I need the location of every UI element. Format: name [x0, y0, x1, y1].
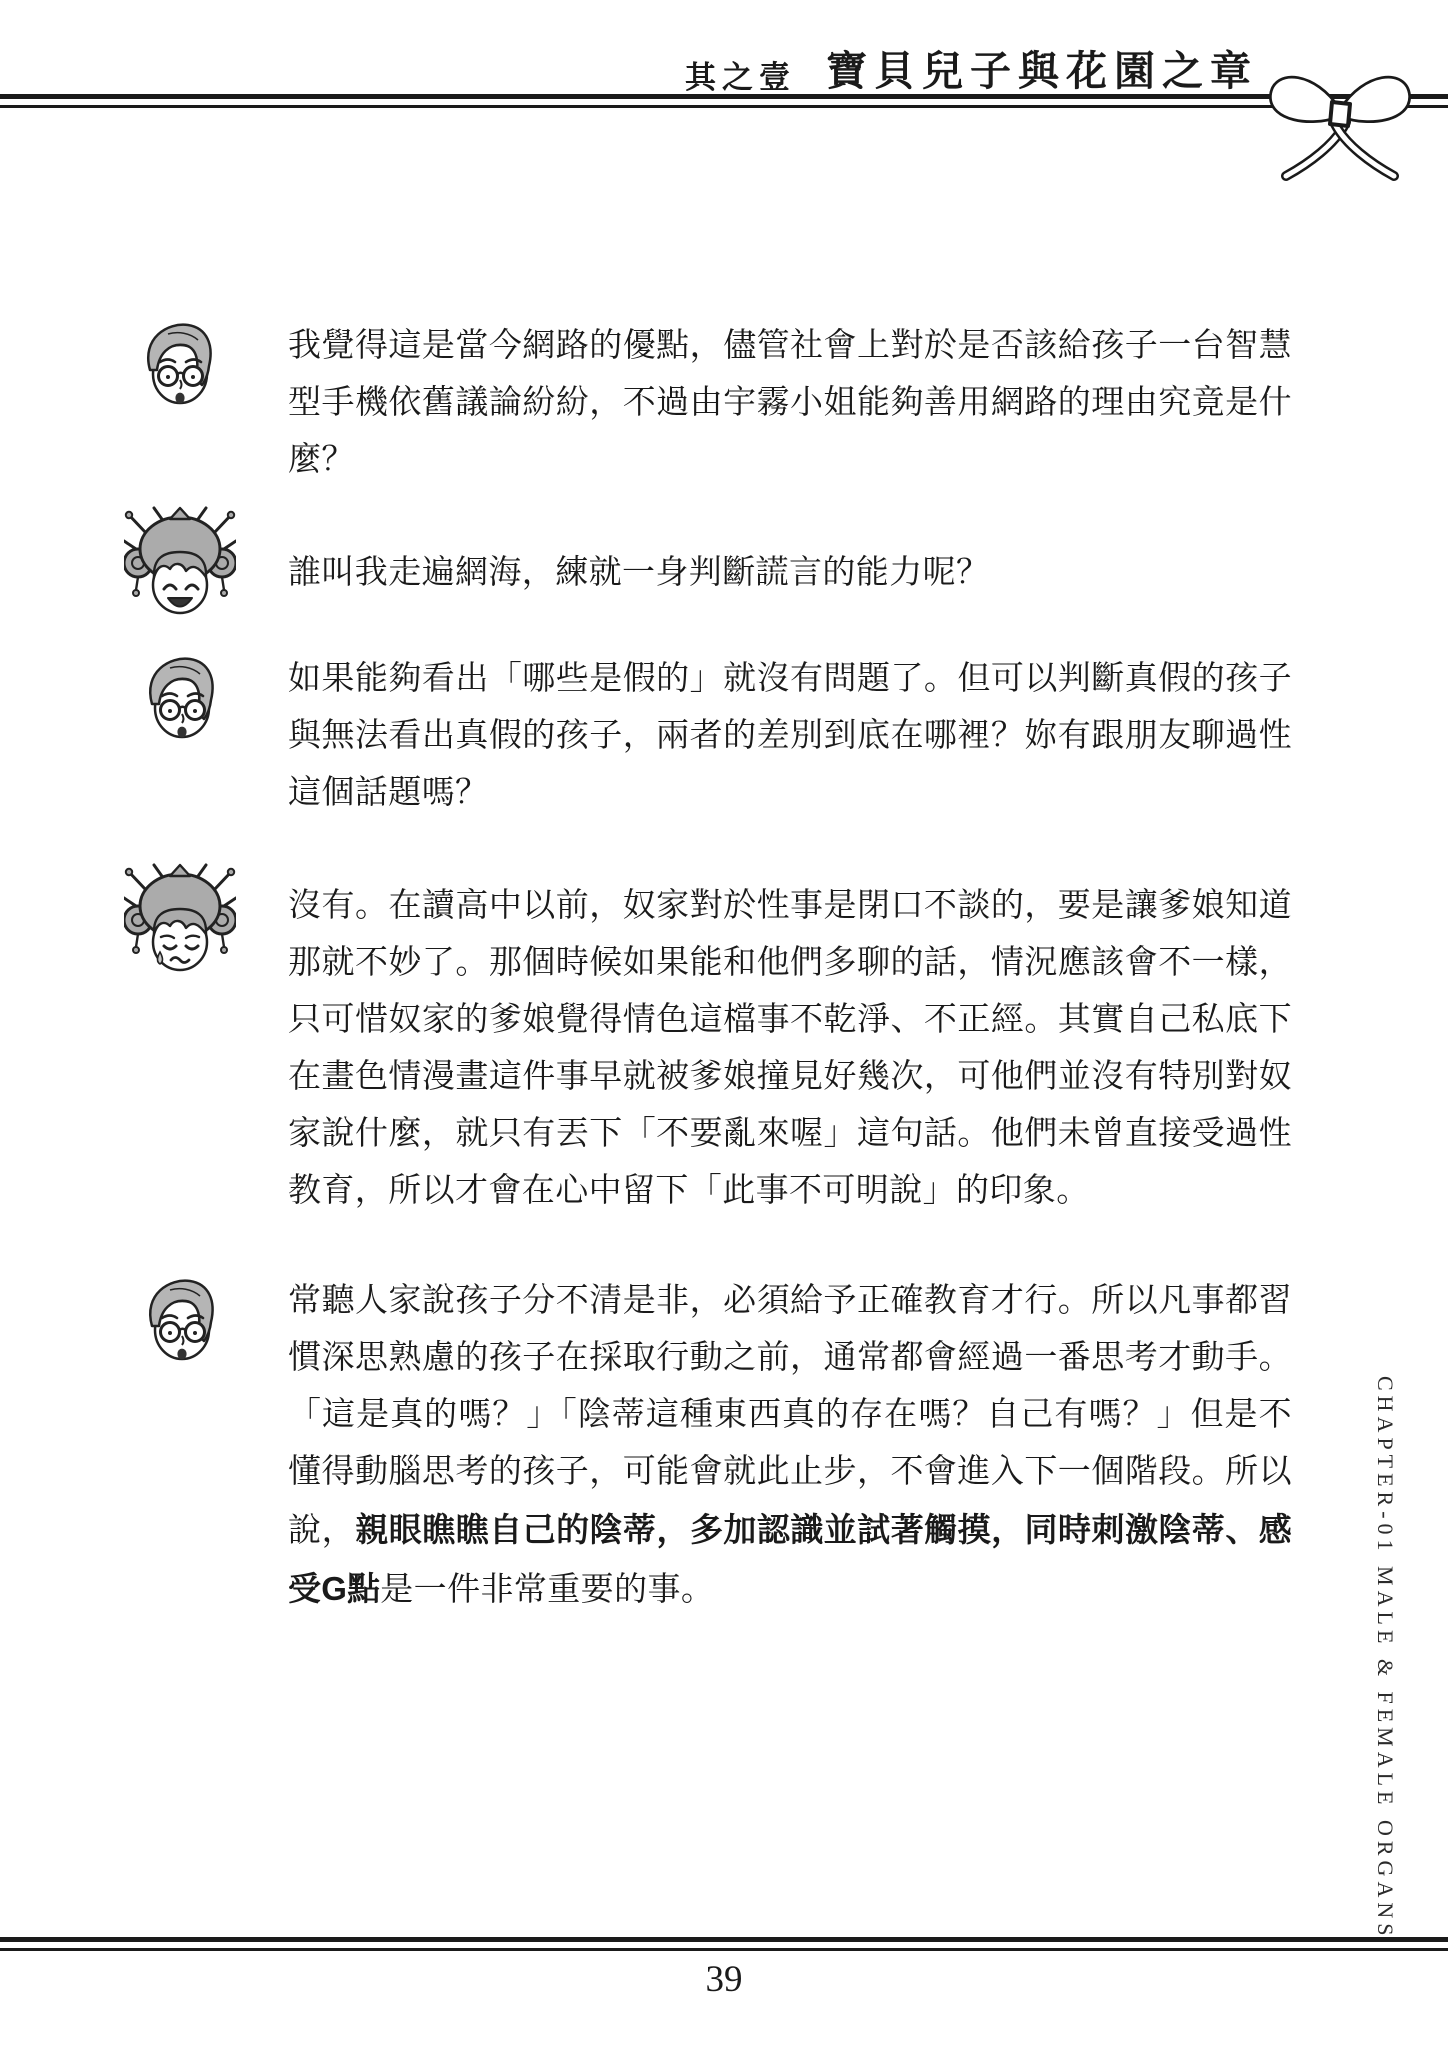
header-double-rule	[0, 94, 1448, 108]
speech-text: 是一件非常重要的事。	[380, 1572, 714, 1608]
page-number: 39	[0, 1958, 1448, 2001]
ribbon-bow-icon	[1248, 42, 1434, 192]
speech-paragraph: 常聽人家說孩子分不清是非，必須給予正確教育才行。所以凡事都習慣深思熟慮的孩子在採…	[288, 1273, 1292, 1619]
speech-paragraph: 誰叫我走遍網海，練就一身判斷謊言的能力呢？	[288, 545, 1292, 602]
woman-avatar	[124, 505, 236, 645]
chapter-header: 其之壹 寶貝兒子與花園之章	[685, 38, 1258, 97]
footer-double-rule	[0, 1937, 1448, 1951]
chapter-title: 寶貝兒子與花園之章	[826, 38, 1258, 97]
chapter-side-caption: CHAPTER-01 MALE & FEMALE ORGANS	[1372, 1376, 1398, 1940]
speech-text: 常聽人家說孩子分不清是非，必須給予正確教育才行。所以凡事都習慣深思熟慮的孩子在採…	[288, 1283, 1292, 1549]
man-avatar	[138, 318, 222, 424]
speech-paragraph: 如果能夠看出「哪些是假的」就沒有問題了。但可以判斷真假的孩子與無法看出真假的孩子…	[288, 651, 1292, 822]
speech-paragraph: 沒有。在讀高中以前，奴家對於性事是閉口不談的，要是讓爹娘知道那就不妙了。那個時候…	[288, 878, 1292, 1220]
man-avatar	[140, 1274, 224, 1380]
man-avatar	[140, 652, 224, 758]
chapter-number-label: 其之壹	[685, 52, 796, 97]
woman-avatar-crying	[124, 862, 236, 1002]
speech-paragraph: 我覺得這是當今網路的優點，儘管社會上對於是否該給孩子一台智慧型手機依舊議論紛紛，…	[288, 318, 1292, 489]
